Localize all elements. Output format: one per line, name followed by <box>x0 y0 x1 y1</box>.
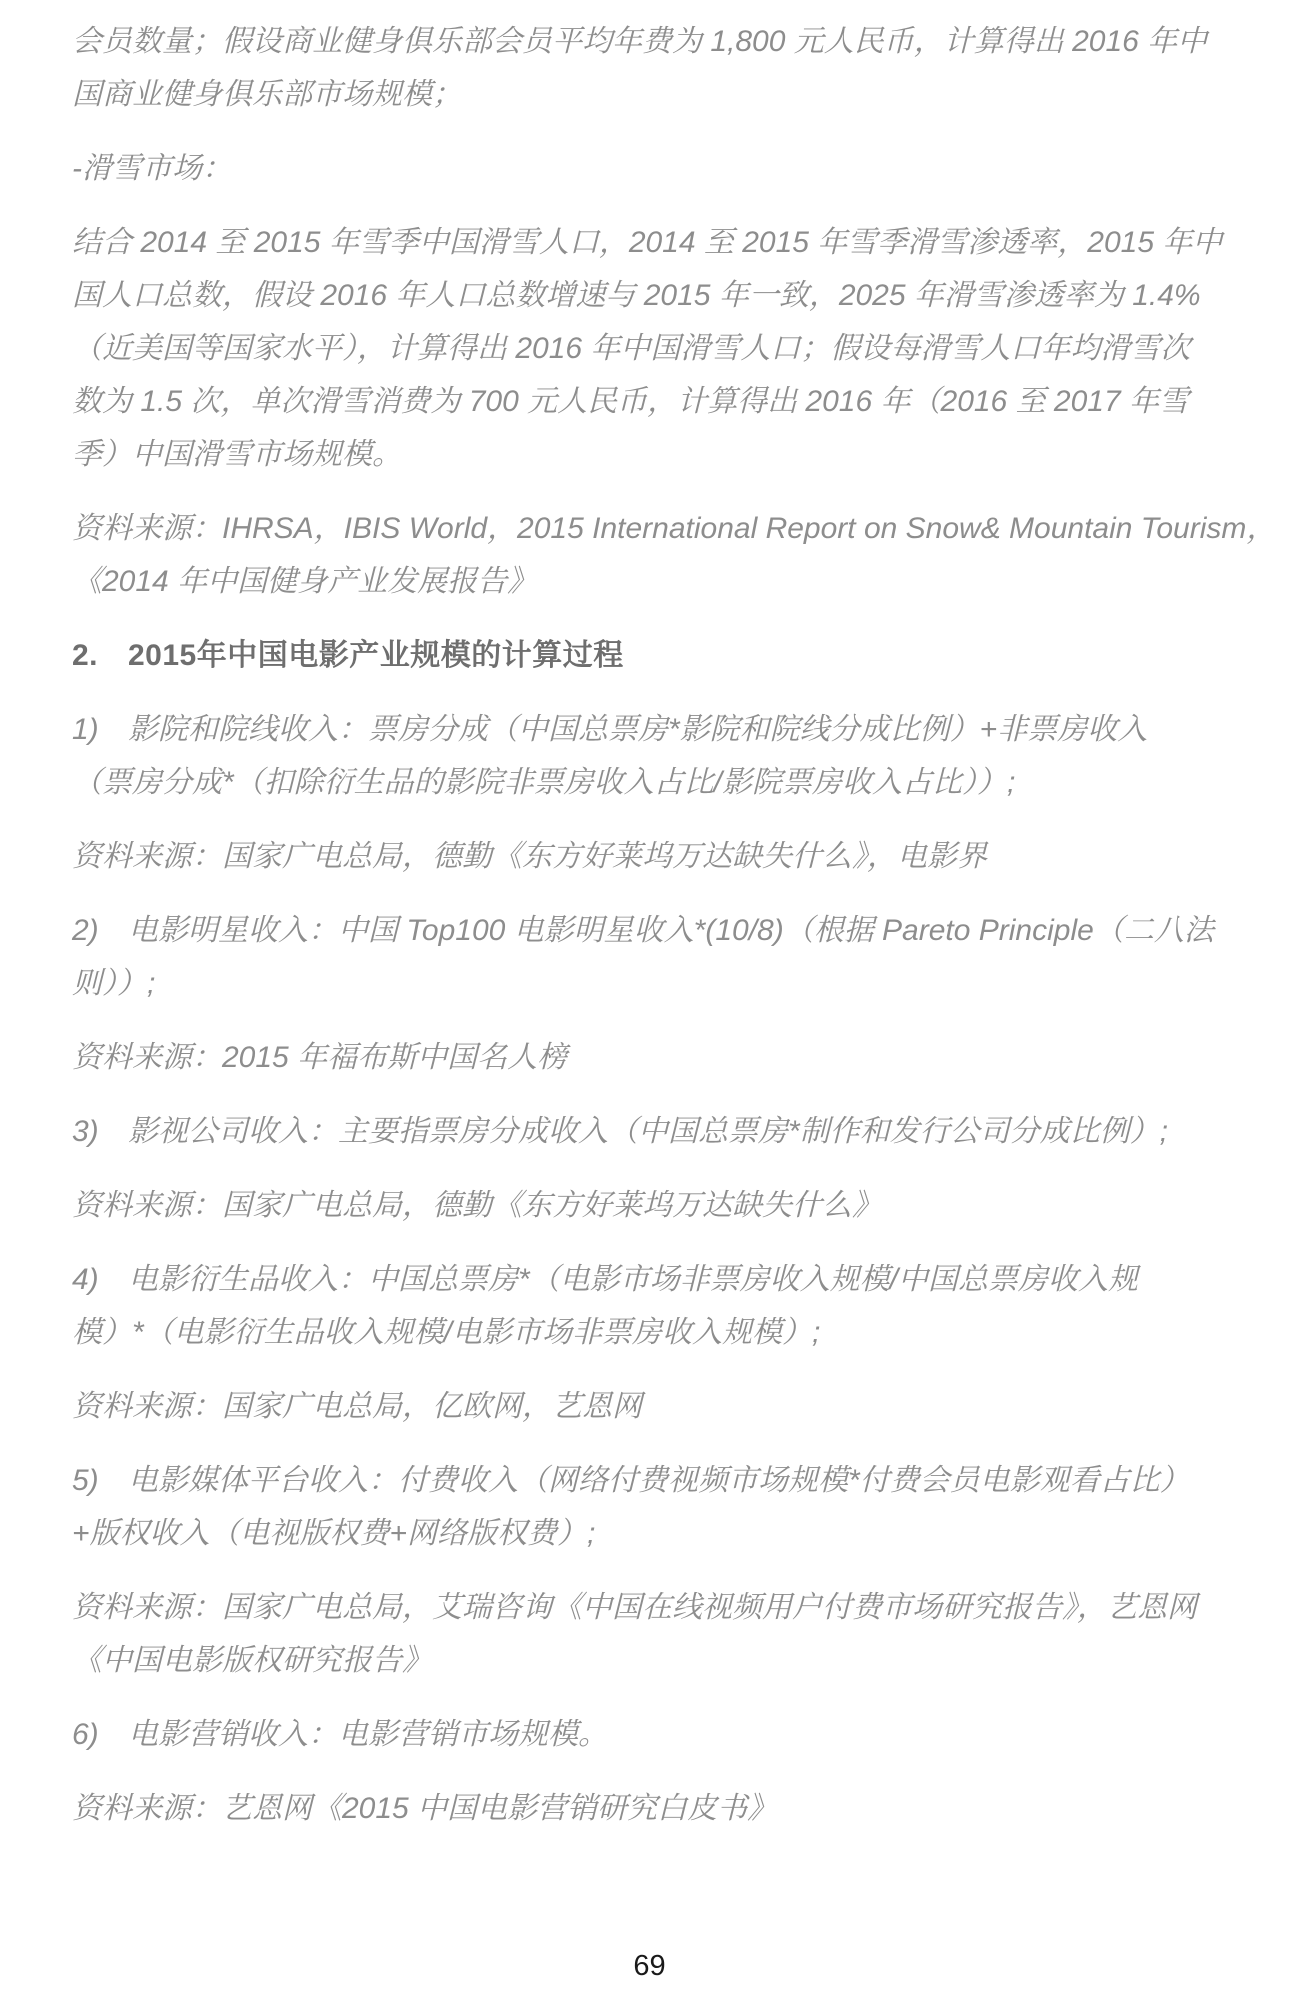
list-item-text: 电影媒体平台收入：付费收入（网络付费视频市场规模*付费会员电影观看占比） <box>128 1464 1190 1497</box>
text-line: 国人口总数，假设 2016 年人口总数增速与 2015 年一致，2025 年滑雪… <box>72 269 1233 322</box>
text-line: 数为 1.5 次，单次滑雪消费为 700 元人民币，计算得出 2016 年（20… <box>72 375 1233 428</box>
list-item-text: 电影明星收入：中国 Top100 电影明星收入*(10/8)（根据 Pareto… <box>128 914 1214 947</box>
document-page: 会员数量；假设商业健身俱乐部会员平均年费为 1,800 元人民币，计算得出 20… <box>0 0 1299 2008</box>
text-line: 会员数量；假设商业健身俱乐部会员平均年费为 1,800 元人民币，计算得出 20… <box>72 15 1233 68</box>
text-line: 2)电影明星收入：中国 Top100 电影明星收入*(10/8)（根据 Pare… <box>72 904 1233 957</box>
text-line: 结合 2014 至 2015 年雪季中国滑雪人口，2014 至 2015 年雪季… <box>72 216 1233 269</box>
source-note-2: 资料来源：2015 年福布斯中国名人榜 <box>72 1031 1233 1084</box>
list-item-text: 电影衍生品收入：中国总票房*（电影市场非票房收入规模/中国总票房收入规 <box>128 1263 1138 1296</box>
text-line: 6)电影营销收入：电影营销市场规模。 <box>72 1708 1233 1761</box>
text-line: 资料来源：国家广电总局，德勤《东方好莱坞万达缺失什么》 <box>72 1179 1233 1232</box>
list-marker: 4) <box>72 1253 128 1306</box>
list-marker: 2) <box>72 904 128 957</box>
list-item-5-media-platform-revenue: 5)电影媒体平台收入：付费收入（网络付费视频市场规模*付费会员电影观看占比） +… <box>72 1454 1233 1560</box>
list-item-1-cinema-revenue: 1)影院和院线收入：票房分成（中国总票房*影院和院线分成比例）+非票房收入 （票… <box>72 703 1233 809</box>
paragraph-membership-fee: 会员数量；假设商业健身俱乐部会员平均年费为 1,800 元人民币，计算得出 20… <box>72 15 1233 121</box>
text-line: 资料来源：国家广电总局，艾瑞咨询《中国在线视频用户付费市场研究报告》，艺恩网 <box>72 1581 1233 1634</box>
text-line: 《中国电影版权研究报告》 <box>72 1634 1233 1687</box>
list-item-3-film-company-revenue: 3)影视公司收入：主要指票房分成收入（中国总票房*制作和发行公司分成比例）; <box>72 1105 1233 1158</box>
text-line: 国商业健身俱乐部市场规模； <box>72 68 1233 121</box>
text-line: （近美国等国家水平），计算得出 2016 年中国滑雪人口；假设每滑雪人口年均滑雪… <box>72 322 1233 375</box>
source-note-4: 资料来源：国家广电总局，亿欧网，艺恩网 <box>72 1380 1233 1433</box>
list-item-6-marketing-revenue: 6)电影营销收入：电影营销市场规模。 <box>72 1708 1233 1761</box>
text-line: 《2014 年中国健身产业发展报告》 <box>72 555 1233 608</box>
text-line: 资料来源：2015 年福布斯中国名人榜 <box>72 1031 1233 1084</box>
text-line: -滑雪市场： <box>72 142 1233 195</box>
text-line: 资料来源：国家广电总局，德勤《东方好莱坞万达缺失什么》，电影界 <box>72 830 1233 883</box>
text-line: 1)影院和院线收入：票房分成（中国总票房*影院和院线分成比例）+非票房收入 <box>72 703 1233 756</box>
list-marker: 3) <box>72 1105 128 1158</box>
paragraph-ski-market-calc: 结合 2014 至 2015 年雪季中国滑雪人口，2014 至 2015 年雪季… <box>72 216 1233 481</box>
section-heading-movie-industry: 2.2015年中国电影产业规模的计算过程 <box>72 629 1233 682</box>
text-line: 资料来源：IHRSA，IBIS World，2015 International… <box>72 502 1233 555</box>
page-number: 69 <box>0 1950 1299 1983</box>
heading-text: 2015年中国电影产业规模的计算过程 <box>128 639 624 672</box>
heading-number: 2. <box>72 629 128 682</box>
list-marker: 6) <box>72 1708 128 1761</box>
text-line: 4)电影衍生品收入：中国总票房*（电影市场非票房收入规模/中国总票房收入规 <box>72 1253 1233 1306</box>
text-line: 3)影视公司收入：主要指票房分成收入（中国总票房*制作和发行公司分成比例）; <box>72 1105 1233 1158</box>
document-body: 会员数量；假设商业健身俱乐部会员平均年费为 1,800 元人民币，计算得出 20… <box>72 15 1233 1835</box>
source-note-3: 资料来源：国家广电总局，德勤《东方好莱坞万达缺失什么》 <box>72 1179 1233 1232</box>
list-item-2-movie-star-revenue: 2)电影明星收入：中国 Top100 电影明星收入*(10/8)（根据 Pare… <box>72 904 1233 1010</box>
text-line: 模）*（电影衍生品收入规模/电影市场非票房收入规模）; <box>72 1306 1233 1359</box>
text-line: 5)电影媒体平台收入：付费收入（网络付费视频市场规模*付费会员电影观看占比） <box>72 1454 1233 1507</box>
list-item-text: 电影营销收入：电影营销市场规模。 <box>128 1718 608 1751</box>
text-line: 则））; <box>72 957 1233 1010</box>
list-item-text: 影视公司收入：主要指票房分成收入（中国总票房*制作和发行公司分成比例）; <box>128 1115 1168 1148</box>
list-marker: 5) <box>72 1454 128 1507</box>
paragraph-ski-market-title: -滑雪市场： <box>72 142 1233 195</box>
list-marker: 1) <box>72 703 128 756</box>
text-line: +版权收入（电视版权费+网络版权费）; <box>72 1507 1233 1560</box>
text-line: 资料来源：国家广电总局，亿欧网，艺恩网 <box>72 1380 1233 1433</box>
source-note-1: 资料来源：国家广电总局，德勤《东方好莱坞万达缺失什么》，电影界 <box>72 830 1233 883</box>
source-note-6: 资料来源：艺恩网《2015 中国电影营销研究白皮书》 <box>72 1782 1233 1835</box>
text-line: 资料来源：艺恩网《2015 中国电影营销研究白皮书》 <box>72 1782 1233 1835</box>
list-item-4-derivative-revenue: 4)电影衍生品收入：中国总票房*（电影市场非票房收入规模/中国总票房收入规 模）… <box>72 1253 1233 1359</box>
source-note-fitness-ski: 资料来源：IHRSA，IBIS World，2015 International… <box>72 502 1233 608</box>
list-item-text: 影院和院线收入：票房分成（中国总票房*影院和院线分成比例）+非票房收入 <box>128 713 1147 746</box>
text-line: 季）中国滑雪市场规模。 <box>72 428 1233 481</box>
text-line: （票房分成*（扣除衍生品的影院非票房收入占比/影院票房收入占比））; <box>72 756 1233 809</box>
source-note-5: 资料来源：国家广电总局，艾瑞咨询《中国在线视频用户付费市场研究报告》，艺恩网 《… <box>72 1581 1233 1687</box>
